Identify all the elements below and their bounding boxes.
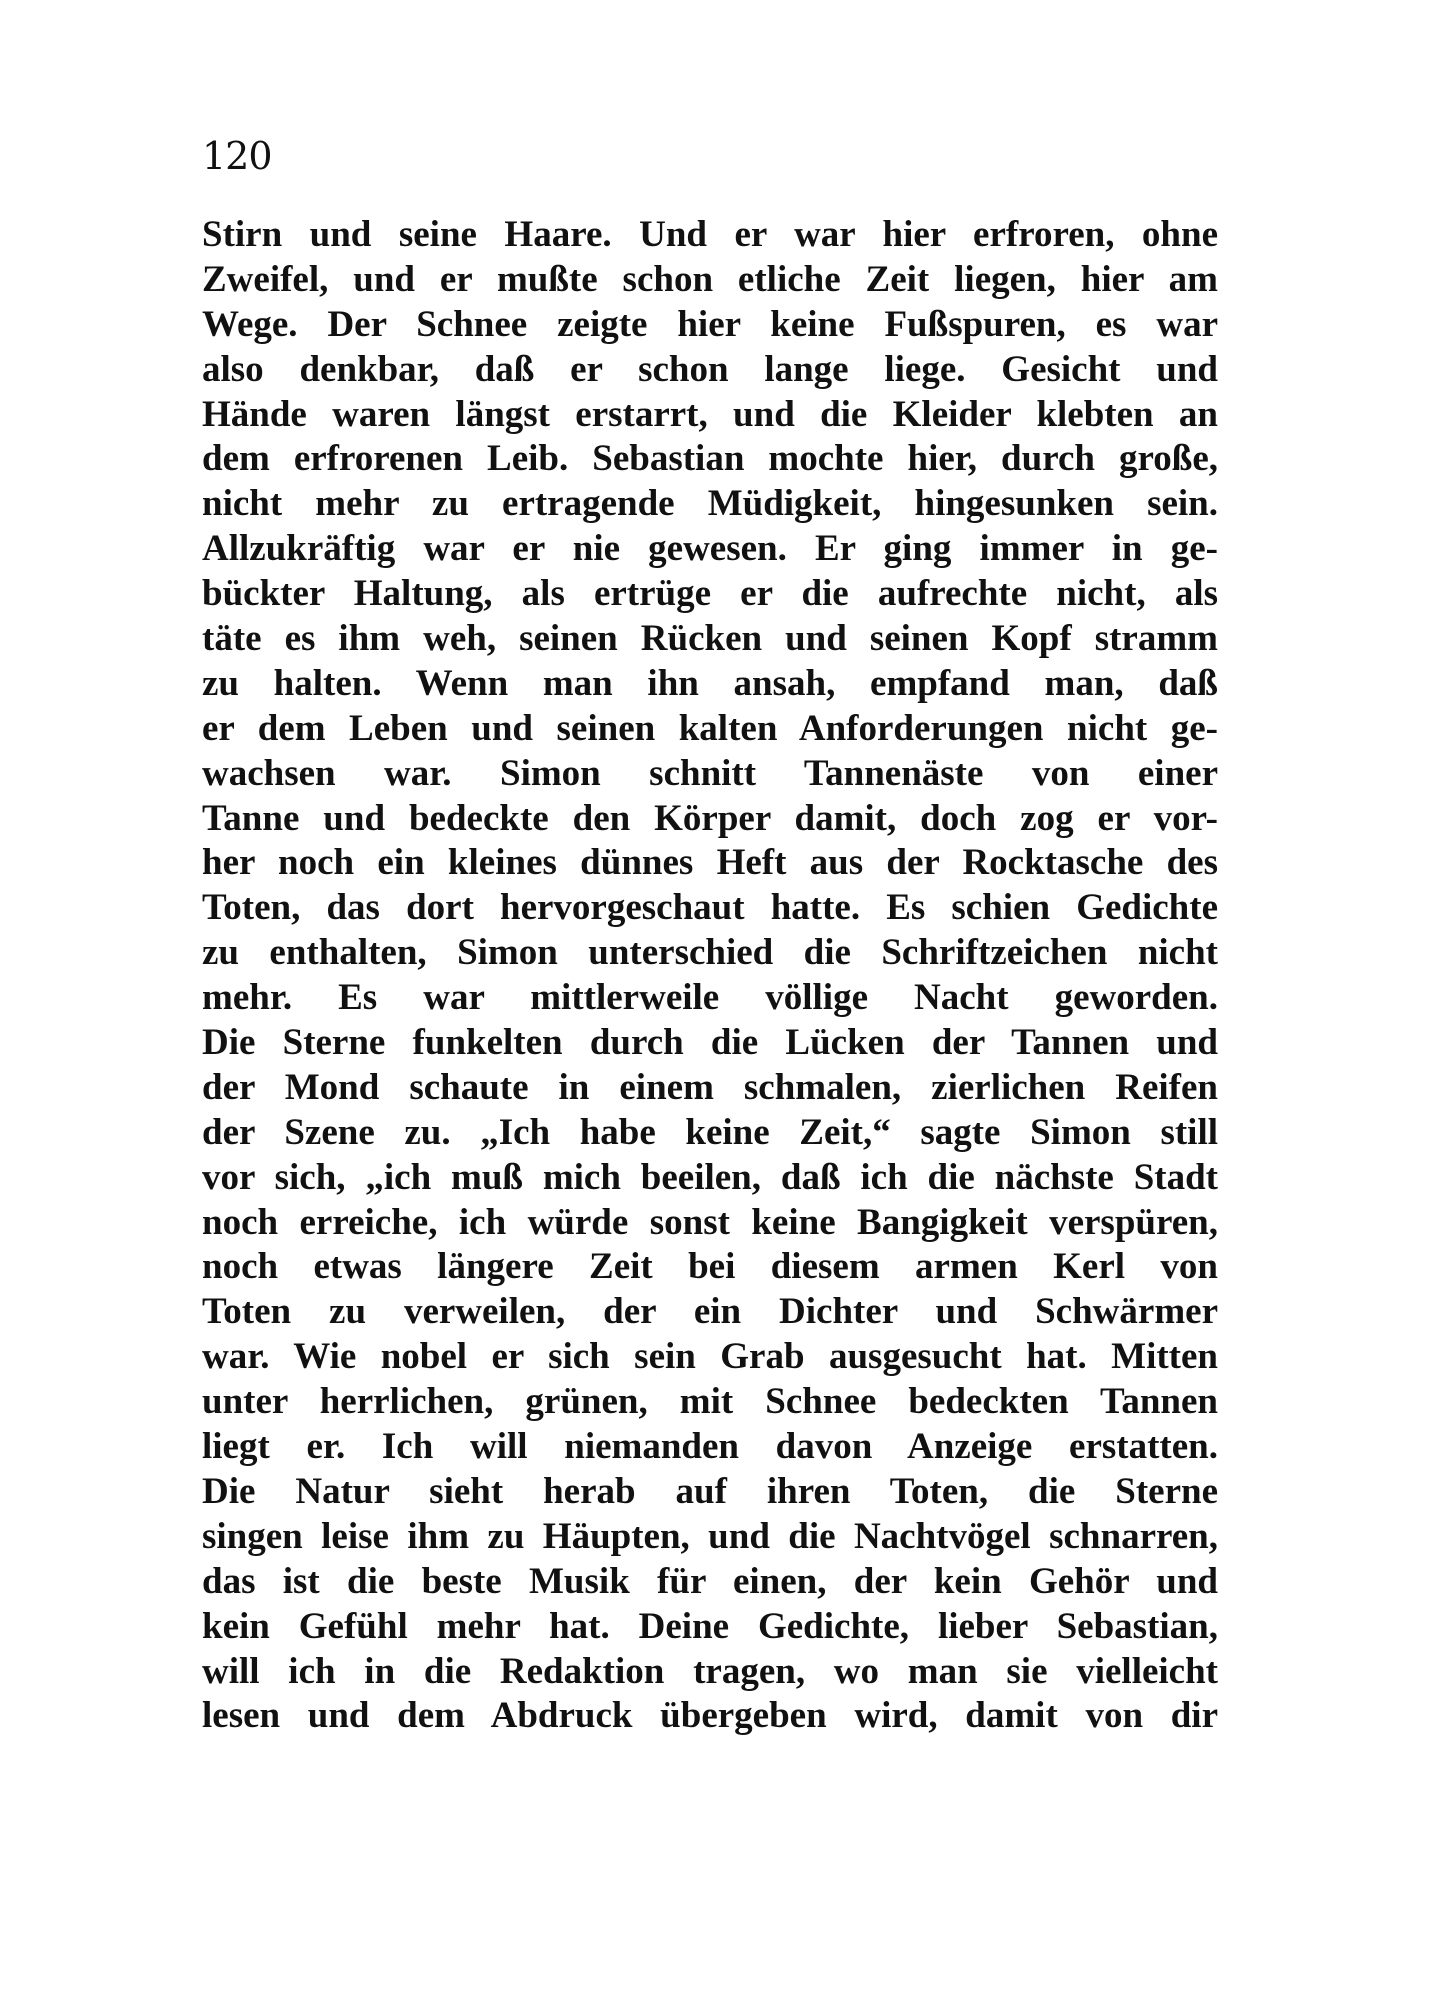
text-line: zu enthalten, Simon unterschied die Schr… (202, 931, 1218, 976)
text-line: Toten, das dort hervorgeschaut hatte. Es… (202, 886, 1218, 931)
text-line: unter herrlichen, grünen, mit Schnee bed… (202, 1380, 1218, 1425)
text-line: also denkbar, daß er schon lange liege. … (202, 348, 1218, 393)
text-line: war. Wie nobel er sich sein Grab ausgesu… (202, 1335, 1218, 1380)
text-line: zu halten. Wenn man ihn ansah, empfand m… (202, 662, 1218, 707)
page-number: 120 (202, 132, 272, 180)
text-line: kein Gefühl mehr hat. Deine Gedichte, li… (202, 1605, 1218, 1650)
text-line: Tanne und bedeckte den Körper damit, doc… (202, 797, 1218, 842)
text-line: nicht mehr zu ertragende Müdigkeit, hing… (202, 482, 1218, 527)
text-line: dem erfrorenen Leib. Sebastian mochte hi… (202, 437, 1218, 482)
text-line: vor sich, „ich muß mich beeilen, daß ich… (202, 1156, 1218, 1201)
text-line: Die Natur sieht herab auf ihren Toten, d… (202, 1470, 1218, 1515)
text-line: Wege. Der Schnee zeigte hier keine Fußsp… (202, 303, 1218, 348)
text-line: Stirn und seine Haare. Und er war hier e… (202, 213, 1218, 258)
text-line: mehr. Es war mittlerweile völlige Nacht … (202, 976, 1218, 1021)
text-line: liegt er. Ich will niemanden davon Anzei… (202, 1425, 1218, 1470)
text-line: noch erreiche, ich würde sonst keine Ban… (202, 1201, 1218, 1246)
text-line: Toten zu verweilen, der ein Dichter und … (202, 1290, 1218, 1335)
text-line: bückter Haltung, als ertrüge er die aufr… (202, 572, 1218, 617)
text-line: Zweifel, und er mußte schon etliche Zeit… (202, 258, 1218, 303)
text-line: will ich in die Redaktion tragen, wo man… (202, 1650, 1218, 1695)
text-line: lesen und dem Abdruck übergeben wird, da… (202, 1694, 1218, 1739)
text-line: singen leise ihm zu Häupten, und die Nac… (202, 1515, 1218, 1560)
text-line: er dem Leben und seinen kalten Anforderu… (202, 707, 1218, 752)
body-text: Stirn und seine Haare. Und er war hier e… (202, 213, 1218, 1739)
text-line: der Szene zu. „Ich habe keine Zeit,“ sag… (202, 1111, 1218, 1156)
text-line: das ist die beste Musik für einen, der k… (202, 1560, 1218, 1605)
text-line: täte es ihm weh, seinen Rücken und seine… (202, 617, 1218, 662)
text-line: der Mond schaute in einem schmalen, zier… (202, 1066, 1218, 1111)
text-line: Hände waren längst erstarrt, und die Kle… (202, 393, 1218, 438)
text-line: her noch ein kleines dünnes Heft aus der… (202, 841, 1218, 886)
text-line: Die Sterne funkelten durch die Lücken de… (202, 1021, 1218, 1066)
text-line: Allzukräftig war er nie gewesen. Er ging… (202, 527, 1218, 572)
text-line: wachsen war. Simon schnitt Tannenäste vo… (202, 752, 1218, 797)
text-line: noch etwas längere Zeit bei diesem armen… (202, 1245, 1218, 1290)
